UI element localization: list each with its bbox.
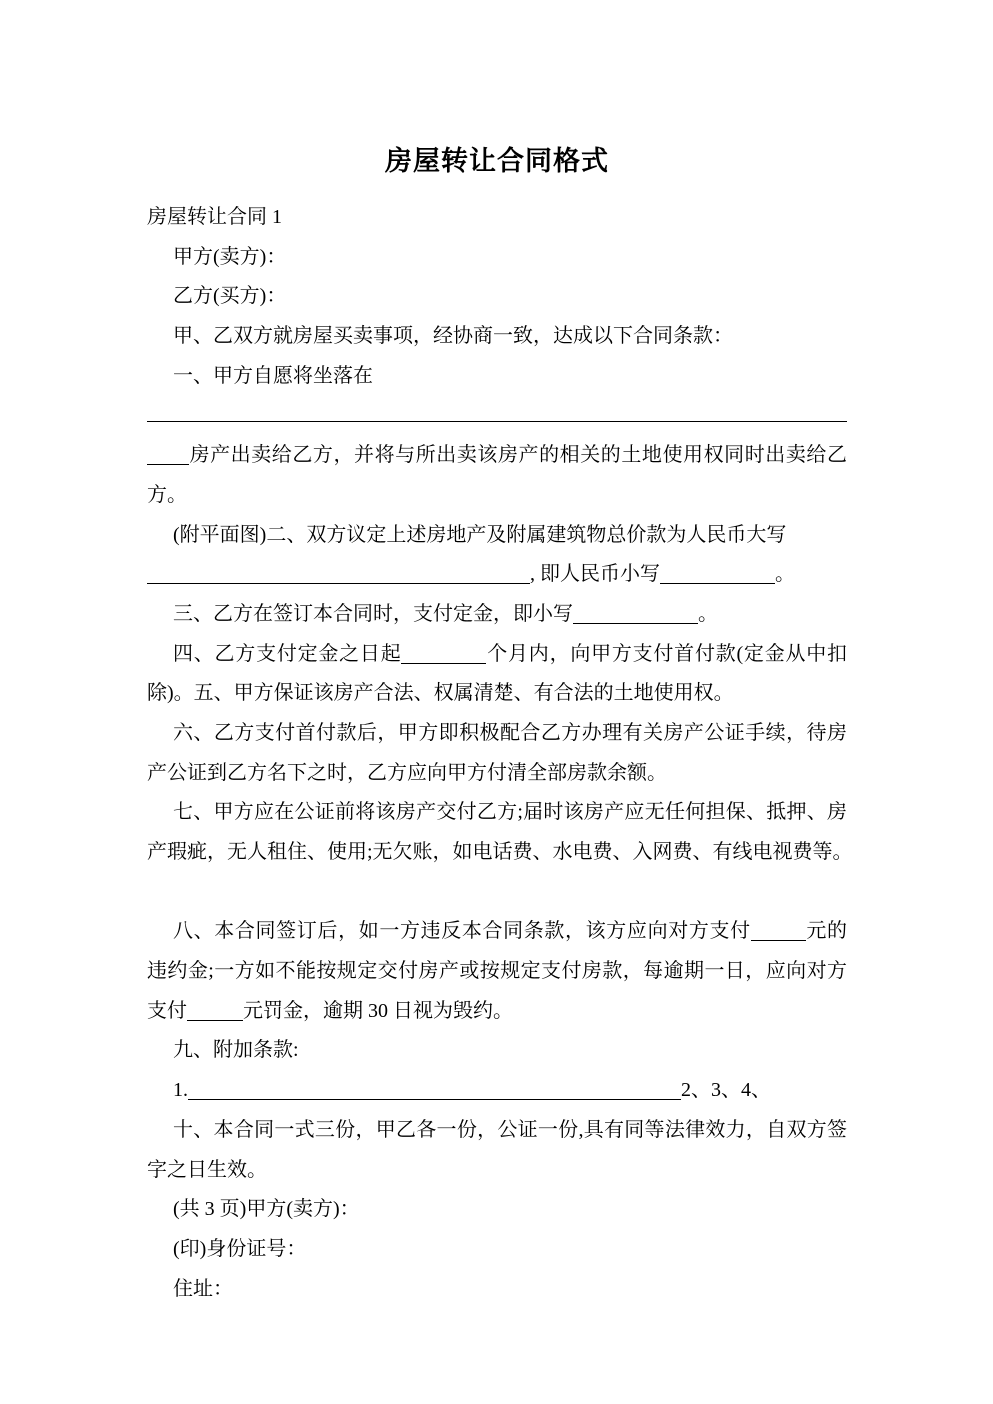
contract-line: 字之日生效。 bbox=[147, 1151, 847, 1191]
line-text: 除)。五、甲方保证该房产合法、权属清楚、有合法的土地使用权。 bbox=[147, 682, 734, 704]
contract-line: 十、本合同一式三份，甲乙各一份，公证一份,具有同等法律效力，自双方签 bbox=[147, 1111, 847, 1151]
line-text: 产公证到乙方名下之时，乙方应向甲方付清全部房款余额。 bbox=[147, 762, 667, 784]
line-text: 十、本合同一式三份，甲乙各一份，公证一份,具有同等法律效力，自双方签 bbox=[173, 1119, 847, 1141]
empty-line bbox=[147, 873, 847, 913]
line-text: , 即人民币小写 bbox=[530, 563, 660, 585]
fill-in-blank bbox=[187, 1018, 243, 1021]
contract-line: 九、附加条款: bbox=[147, 1031, 847, 1071]
contract-line: 三、乙方在签订本合同时，支付定金，即小写。 bbox=[147, 595, 847, 635]
contract-line: 房屋转让合同 1 bbox=[147, 198, 847, 238]
fill-in-blank bbox=[401, 661, 486, 664]
line-text: 元罚金，逾期 30 日视为毁约。 bbox=[243, 1000, 513, 1022]
line-text: 住址： bbox=[173, 1278, 233, 1300]
contract-line: 一、甲方自愿将坐落在 bbox=[147, 357, 847, 397]
line-text: 一、甲方自愿将坐落在 bbox=[173, 365, 373, 387]
line-text: 七、甲方应在公证前将该房产交付乙方;届时该房产应无任何担保、抵押、房 bbox=[173, 801, 847, 823]
contract-line: 1.2、3、4、 bbox=[147, 1071, 847, 1111]
contract-line: 八、本合同签订后，如一方违反本合同条款，该方应向对方支付元的 bbox=[147, 912, 847, 952]
contract-line: (共 3 页)甲方(卖方)： bbox=[147, 1190, 847, 1230]
contract-line: 房产出卖给乙方，并将与所出卖该房产的相关的土地使用权同时出卖给乙 bbox=[147, 436, 847, 476]
line-text: 1. bbox=[173, 1079, 188, 1101]
fill-in-blank bbox=[188, 1097, 681, 1100]
line-text: 产瑕疵，无人租住、使用;无欠账，如电话费、水电费、入网费、有线电视费等。 bbox=[147, 841, 853, 863]
contract-line: 住址： bbox=[147, 1270, 847, 1310]
contract-line: 四、乙方支付定金之日起个月内，向甲方支付首付款(定金从中扣 bbox=[147, 635, 847, 675]
line-text: 。 bbox=[775, 563, 795, 585]
line-text: 。 bbox=[698, 603, 718, 625]
contract-line: 方。 bbox=[147, 476, 847, 516]
contract-line: 产瑕疵，无人租住、使用;无欠账，如电话费、水电费、入网费、有线电视费等。 bbox=[147, 833, 847, 873]
contract-line: (附平面图)二、双方议定上述房地产及附属建筑物总价款为人民币大写 bbox=[147, 516, 847, 556]
line-text: 甲方(卖方)： bbox=[173, 246, 286, 268]
line-text: 违约金;一方如不能按规定交付房产或按规定支付房款，每逾期一日，应向对方 bbox=[147, 960, 847, 982]
line-text: 房产出卖给乙方，并将与所出卖该房产的相关的土地使用权同时出卖给乙 bbox=[189, 444, 847, 466]
document-title: 房屋转让合同格式 bbox=[147, 132, 847, 190]
contract-line: 六、乙方支付首付款后，甲方即积极配合乙方办理有关房产公证手续，待房 bbox=[147, 714, 847, 754]
contract-line: 七、甲方应在公证前将该房产交付乙方;届时该房产应无任何担保、抵押、房 bbox=[147, 793, 847, 833]
separator-line bbox=[147, 396, 847, 436]
document-body: 房屋转让合同 1甲方(卖方)：乙方(买方)：甲、乙双方就房屋买卖事项，经协商一致… bbox=[147, 198, 847, 1309]
line-text: 个月内，向甲方支付首付款(定金从中扣 bbox=[486, 643, 847, 665]
line-text: 甲、乙双方就房屋买卖事项，经协商一致，达成以下合同条款： bbox=[173, 325, 733, 347]
contract-line: 产公证到乙方名下之时，乙方应向甲方付清全部房款余额。 bbox=[147, 754, 847, 794]
line-text: 四、乙方支付定金之日起 bbox=[173, 643, 401, 665]
contract-line: 甲、乙双方就房屋买卖事项，经协商一致，达成以下合同条款： bbox=[147, 317, 847, 357]
line-text: (印)身份证号： bbox=[173, 1238, 306, 1260]
contract-line: 除)。五、甲方保证该房产合法、权属清楚、有合法的土地使用权。 bbox=[147, 674, 847, 714]
contract-line: (印)身份证号： bbox=[147, 1230, 847, 1270]
fill-in-rule bbox=[147, 396, 847, 422]
fill-in-blank bbox=[660, 581, 775, 584]
contract-line: 违约金;一方如不能按规定交付房产或按规定支付房款，每逾期一日，应向对方 bbox=[147, 952, 847, 992]
line-text: 六、乙方支付首付款后，甲方即积极配合乙方办理有关房产公证手续，待房 bbox=[173, 722, 847, 744]
contract-line: 甲方(卖方)： bbox=[147, 238, 847, 278]
document-page: 房屋转让合同格式 房屋转让合同 1甲方(卖方)：乙方(买方)：甲、乙双方就房屋买… bbox=[0, 0, 993, 1404]
line-text: 八、本合同签订后，如一方违反本合同条款，该方应向对方支付 bbox=[173, 920, 751, 942]
line-text: 方。 bbox=[147, 484, 187, 506]
line-text: (共 3 页)甲方(卖方)： bbox=[173, 1198, 360, 1220]
line-text: 元的 bbox=[806, 920, 847, 942]
line-text: 房屋转让合同 1 bbox=[147, 206, 282, 228]
fill-in-blank bbox=[573, 621, 698, 624]
contract-line: 乙方(买方)： bbox=[147, 277, 847, 317]
fill-in-blank bbox=[751, 938, 806, 941]
line-text: 三、乙方在签订本合同时，支付定金，即小写 bbox=[173, 603, 573, 625]
line-text: 乙方(买方)： bbox=[173, 285, 286, 307]
line-text: 2、3、4、 bbox=[681, 1079, 771, 1101]
contract-line: , 即人民币小写。 bbox=[147, 555, 847, 595]
line-text: 九、附加条款: bbox=[173, 1039, 299, 1061]
contract-line: 支付元罚金，逾期 30 日视为毁约。 bbox=[147, 992, 847, 1032]
fill-in-blank bbox=[147, 581, 530, 584]
line-text: (附平面图)二、双方议定上述房地产及附属建筑物总价款为人民币大写 bbox=[173, 524, 786, 546]
fill-in-blank bbox=[147, 462, 189, 465]
line-text: 支付 bbox=[147, 1000, 187, 1022]
line-text: 字之日生效。 bbox=[147, 1159, 267, 1181]
